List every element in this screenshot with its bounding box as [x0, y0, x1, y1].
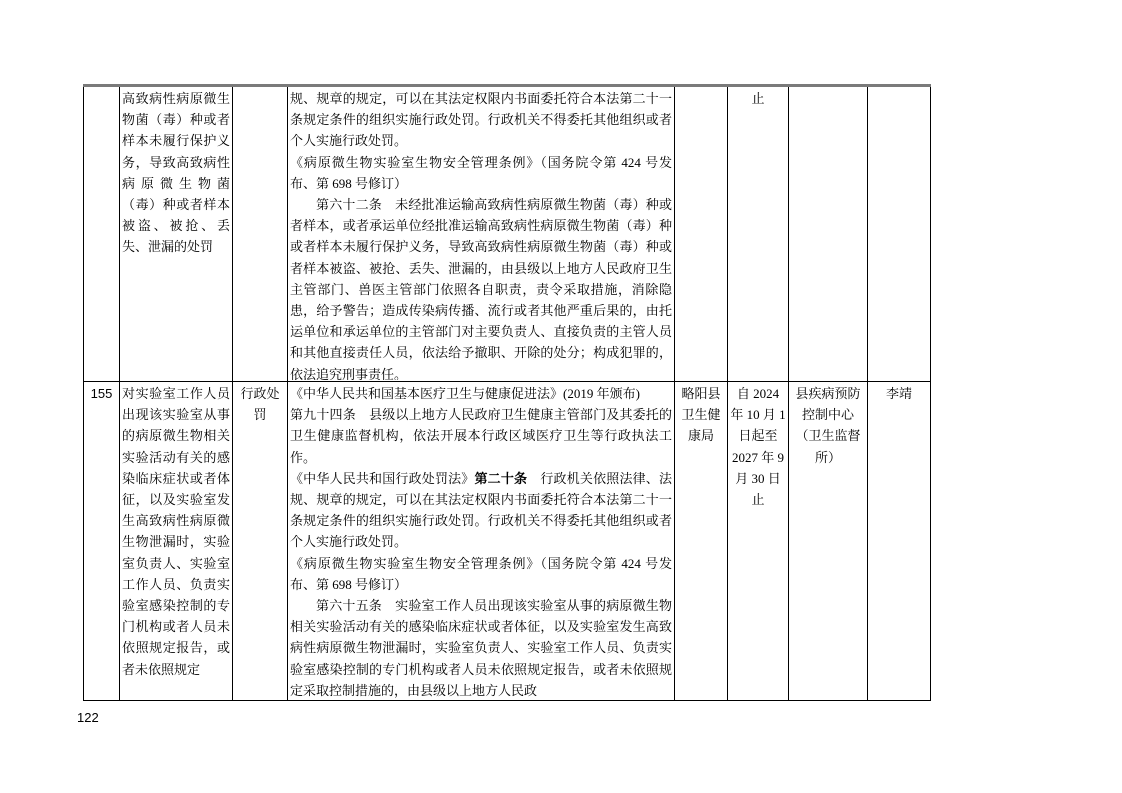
item-description-cell: 高致病性病原微生物菌（毒）种或者样本未履行保护义务，导致高致病性病原微生物菌（毒… [120, 86, 233, 382]
penalty-type-cell [233, 86, 288, 382]
delegated-agency-cell [789, 86, 868, 382]
enforcing-department: 略阳县卫生健康局 [681, 386, 720, 443]
item-description-text: 对实验室工作人员出现该实验室从事的病原微生物相关实验活动有关的感染临床症状或者体… [122, 383, 230, 680]
legal-paragraph: 规、规章的规定，可以在其法定权限内书面委托符合本法第二十一条规定条件的组织实施行… [290, 88, 672, 152]
legal-paragraph: 第六十二条 未经批准运输高致病性病原微生物菌（毒）种或者样本，或者承运单位经批准… [290, 194, 672, 380]
legal-paragraph: 《中华人民共和国行政处罚法》第二十条 行政机关依照法律、法规、规章的规定，可以在… [290, 468, 672, 553]
item-description-cell: 对实验室工作人员出现该实验室从事的病原微生物相关实验活动有关的感染临床症状或者体… [120, 382, 233, 701]
contact-person: 李靖 [886, 386, 912, 401]
row-number-cell: 155 [84, 382, 120, 701]
page-number: 122 [77, 710, 99, 725]
delegated-agency-cell: 县疾病预防控制中心（卫生监督所） [789, 382, 868, 701]
table-row-continuation: 高致病性病原微生物菌（毒）种或者样本未履行保护义务，导致高致病性病原微生物菌（毒… [84, 86, 931, 382]
legal-paragraph: 第九十四条 县级以上地方人民政府卫生健康主管部门及其委托的卫生健康监督机构，依法… [290, 404, 672, 468]
regulation-table: 高致病性病原微生物菌（毒）种或者样本未履行保护义务，导致高致病性病原微生物菌（毒… [83, 84, 931, 701]
delegated-agency: 县疾病预防控制中心（卫生监督所） [795, 386, 860, 465]
contact-person-cell [868, 86, 931, 382]
delegation-period-cell: 自 2024 年 10 月 1 日起至 2027 年 9 月 30 日止 [728, 382, 789, 701]
legal-paragraph: 《中华人民共和国基本医疗卫生与健康促进法》(2019 年颁布) [290, 383, 672, 404]
article-number-bold: 第二十条 [474, 471, 527, 486]
penalty-type-cell: 行政处罚 [233, 382, 288, 701]
law-title: 《中华人民共和国行政处罚法》 [290, 471, 474, 486]
table-row-155: 155 对实验室工作人员出现该实验室从事的病原微生物相关实验活动有关的感染临床症… [84, 382, 931, 701]
delegation-period: 自 2024 年 10 月 1 日起至 2027 年 9 月 30 日止 [730, 386, 785, 507]
penalty-type-label: 行政处罚 [240, 386, 279, 422]
enforcing-department-cell [675, 86, 728, 382]
delegation-period-cell: 止 [728, 86, 789, 382]
contact-person-cell: 李靖 [868, 382, 931, 701]
delegation-period-tail: 止 [751, 91, 764, 106]
row-number-cell [84, 86, 120, 382]
legal-paragraph: 第六十五条 实验室工作人员出现该实验室从事的病原微生物相关实验活动有关的感染临床… [290, 595, 672, 699]
document-page: 高致病性病原微生物菌（毒）种或者样本未履行保护义务，导致高致病性病原微生物菌（毒… [0, 0, 1122, 793]
legal-paragraph: 《病原微生物实验室生物安全管理条例》（国务院令第 424 号发布、第 698 号… [290, 152, 672, 194]
item-description-text: 高致病性病原微生物菌（毒）种或者样本未履行保护义务，导致高致病性病原微生物菌（毒… [122, 88, 230, 258]
legal-paragraph: 《病原微生物实验室生物安全管理条例》（国务院令第 424 号发布、第 698 号… [290, 553, 672, 595]
legal-basis-cell: 《中华人民共和国基本医疗卫生与健康促进法》(2019 年颁布) 第九十四条 县级… [288, 382, 675, 701]
row-number: 155 [91, 386, 113, 401]
legal-basis-cell: 规、规章的规定，可以在其法定权限内书面委托符合本法第二十一条规定条件的组织实施行… [288, 86, 675, 382]
enforcing-department-cell: 略阳县卫生健康局 [675, 382, 728, 701]
